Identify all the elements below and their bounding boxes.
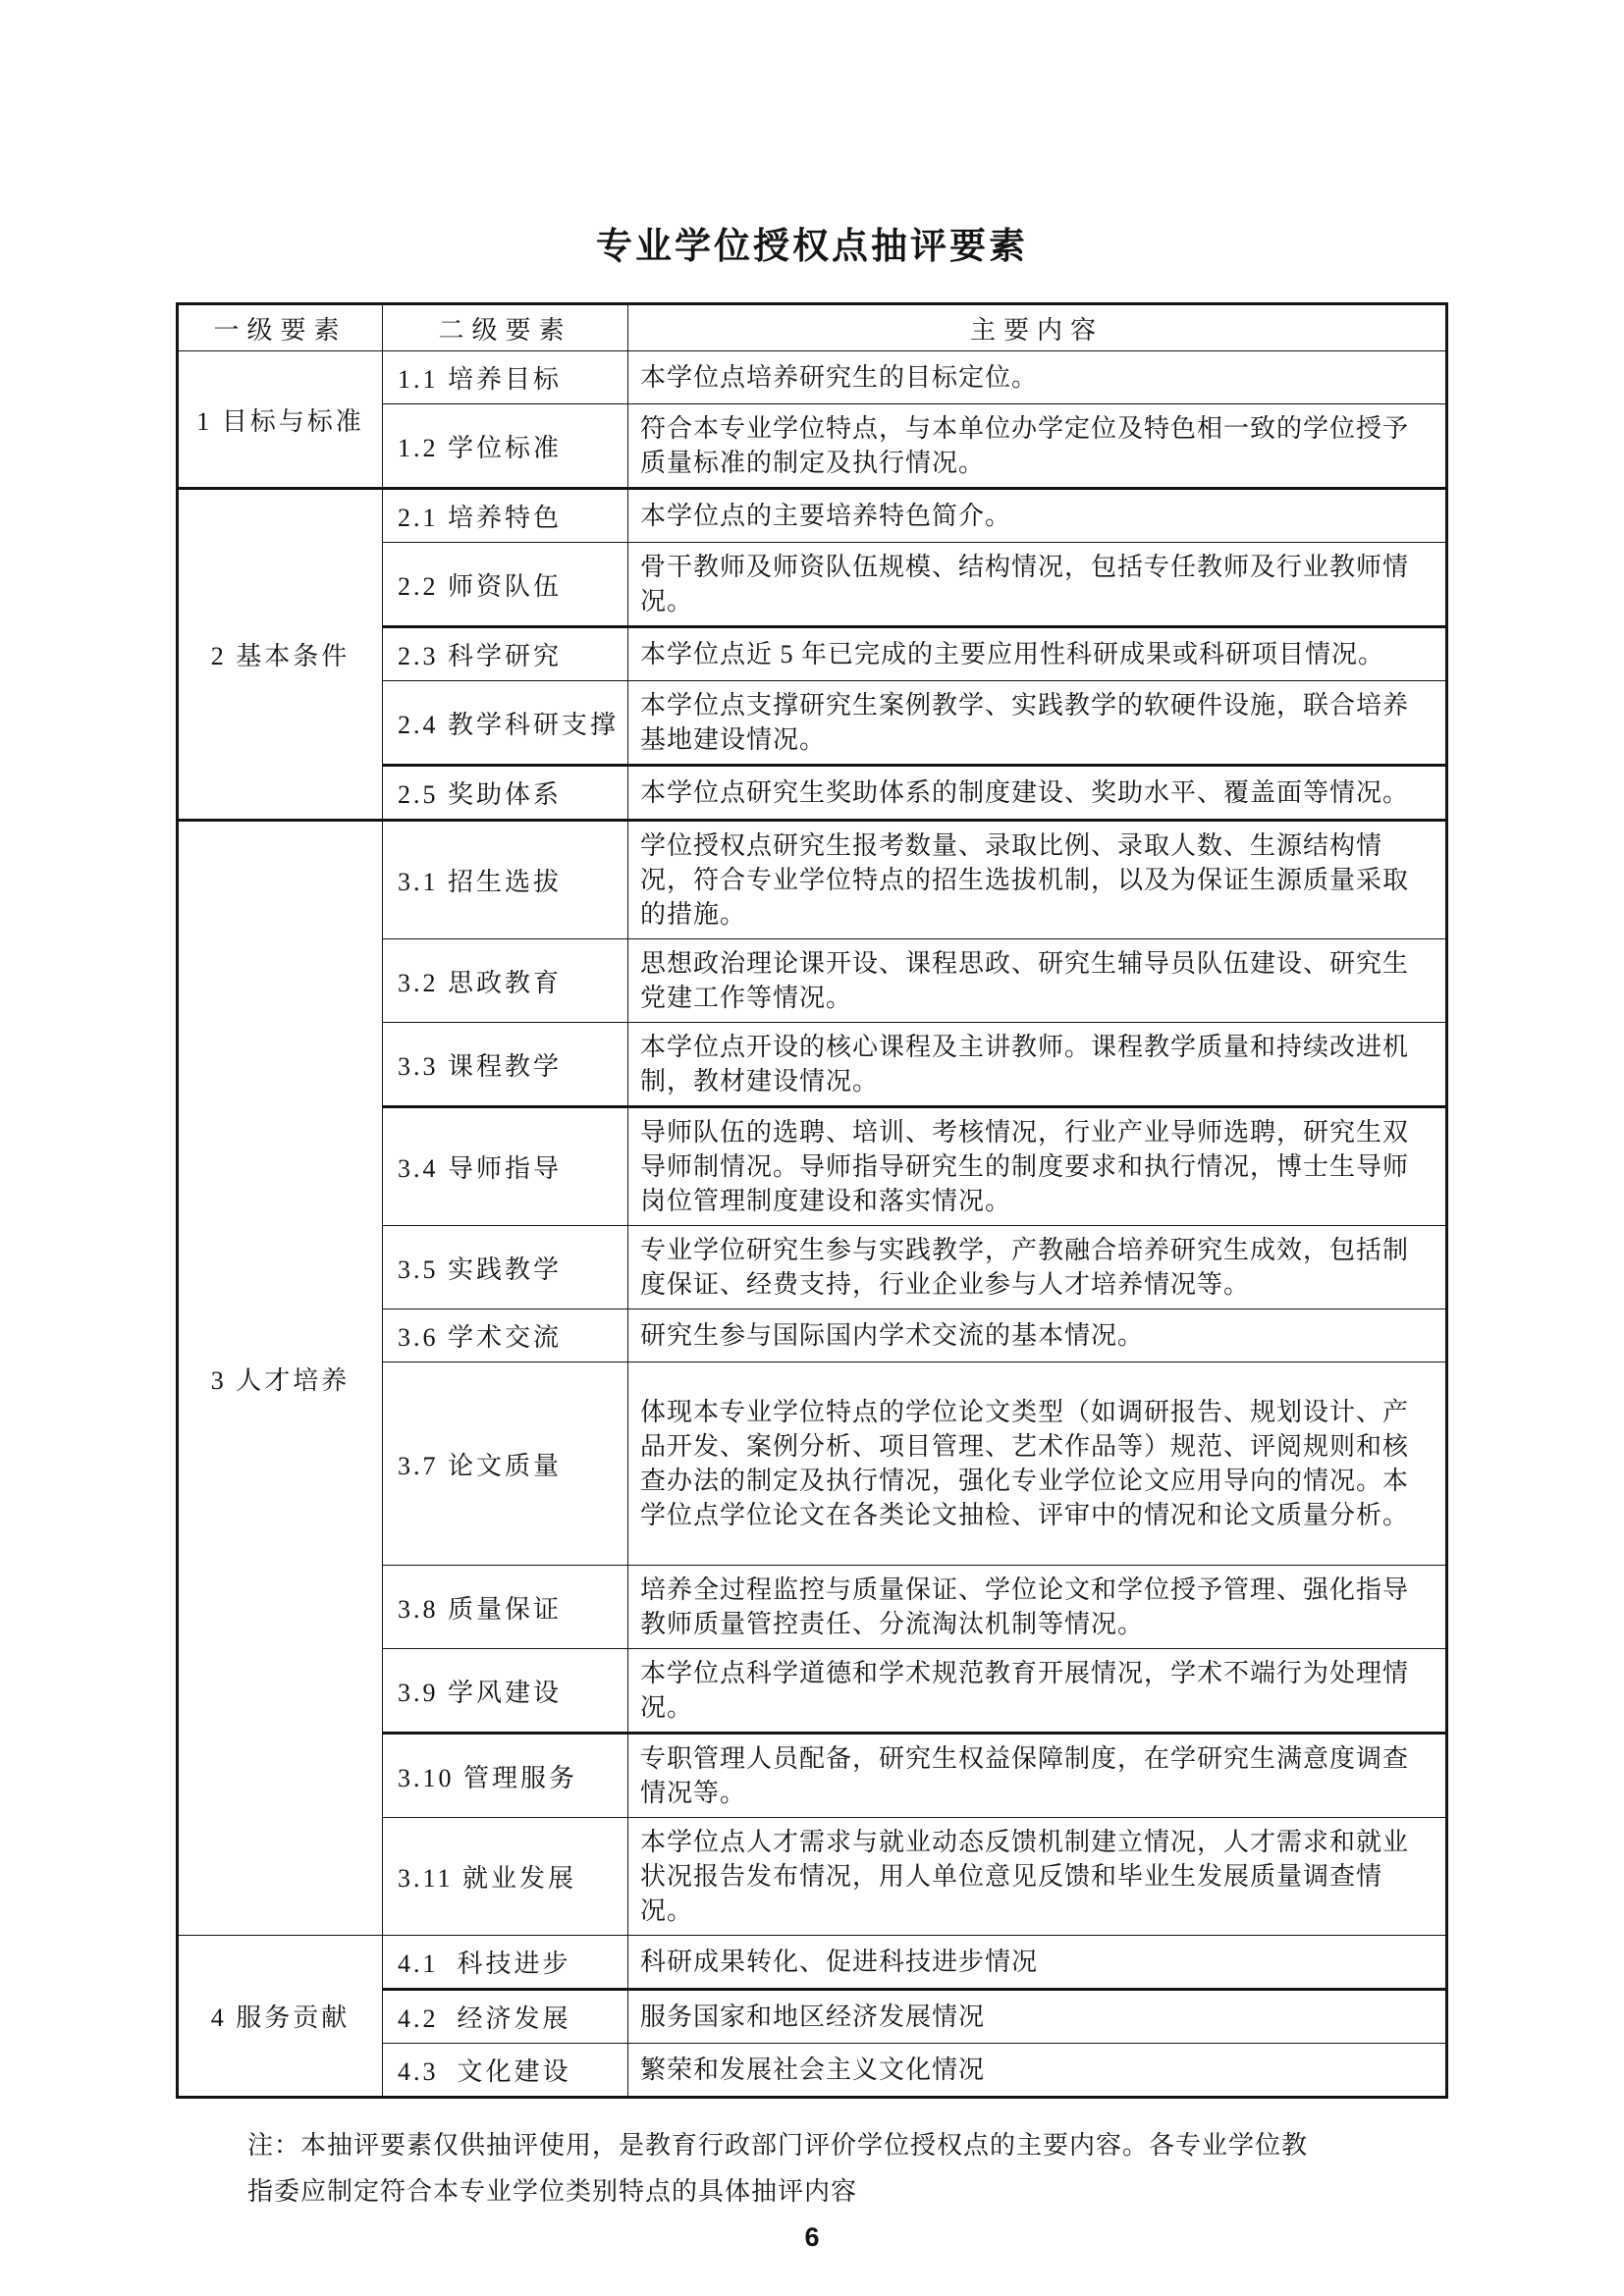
row-3-1-label: 3.1 招生选拔 xyxy=(383,821,628,939)
row-4-2-label: 4.2 经济发展 xyxy=(383,1990,628,2044)
header-main-content: 主要内容 xyxy=(628,304,1447,351)
page-title: 专业学位授权点抽评要素 xyxy=(0,0,1624,269)
row-3-9-label: 3.9 学风建设 xyxy=(383,1649,628,1734)
row-2-4-content: 本学位点支撑研究生案例教学、实践教学的软硬件设施，联合培养基地建设情况。 xyxy=(628,681,1447,766)
row-2-5-content: 本学位点研究生奖助体系的制度建设、奖助水平、覆盖面等情况。 xyxy=(628,766,1447,821)
row-3-10-content: 专职管理人员配备，研究生权益保障制度，在学研究生满意度调查情况等。 xyxy=(628,1734,1447,1818)
row-3-2-content: 思想政治理论课开设、课程思政、研究生辅导员队伍建设、研究生党建工作等情况。 xyxy=(628,939,1447,1023)
row-2-1-label: 2.1 培养特色 xyxy=(383,489,628,543)
row-3-9-content: 本学位点科学道德和学术规范教育开展情况，学术不端行为处理情况。 xyxy=(628,1649,1447,1734)
row-3-4-content: 导师队伍的选聘、培训、考核情况，行业产业导师选聘，研究生双导师制情况。导师指导研… xyxy=(628,1107,1447,1226)
footnote-line-1: 注：本抽评要素仅供抽评使用，是教育行政部门评价学位授权点的主要内容。各专业学位教 xyxy=(247,2122,1624,2168)
row-1-2-label: 1.2 学位标准 xyxy=(383,404,628,489)
row-2-2-content: 骨干教师及师资队伍规模、结构情况，包括专任教师及行业教师情况。 xyxy=(628,543,1447,627)
row-3-5-content: 专业学位研究生参与实践教学，产教融合培养研究生成效，包括制度保证、经费支持，行业… xyxy=(628,1226,1447,1309)
header-level1: 一级要素 xyxy=(178,304,383,351)
row-2-5-label: 2.5 奖助体系 xyxy=(383,766,628,821)
row-3-7-content: 体现本专业学位特点的学位论文类型（如调研报告、规划设计、产品开发、案例分析、项目… xyxy=(628,1362,1447,1566)
row-4-3-content: 繁荣和发展社会主义文化情况 xyxy=(628,2044,1447,2098)
row-3-10-label: 3.10 管理服务 xyxy=(383,1734,628,1818)
row-3-11-content: 本学位点人才需求与就业动态反馈机制建立情况，人才需求和就业状况报告发布情况，用人… xyxy=(628,1818,1447,1936)
row-3-8-content: 培养全过程监控与质量保证、学位论文和学位授予管理、强化指导教师质量管控责任、分流… xyxy=(628,1566,1447,1649)
evaluation-table: 一级要素 二级要素 主要内容 1 目标与标准 1.1 培养目标 本学位点培养研究… xyxy=(176,302,1448,2099)
row-3-6-label: 3.6 学术交流 xyxy=(383,1309,628,1362)
footnote-line-2: 指委应制定符合本专业学位类别特点的具体抽评内容 xyxy=(247,2168,1624,2215)
footnote: 注：本抽评要素仅供抽评使用，是教育行政部门评价学位授权点的主要内容。各专业学位教… xyxy=(247,2122,1624,2215)
row-3-1-content: 学位授权点研究生报考数量、录取比例、录取人数、生源结构情况，符合专业学位特点的招… xyxy=(628,821,1447,939)
section-4-label: 4 服务贡献 xyxy=(178,1936,383,2098)
row-3-2-label: 3.2 思政教育 xyxy=(383,939,628,1023)
section-1-label: 1 目标与标准 xyxy=(178,351,383,489)
row-2-3-content: 本学位点近 5 年已完成的主要应用性科研成果或科研项目情况。 xyxy=(628,627,1447,681)
table-row: 1 目标与标准 1.1 培养目标 本学位点培养研究生的目标定位。 xyxy=(178,351,1447,404)
row-4-1-content: 科研成果转化、促进科技进步情况 xyxy=(628,1936,1447,1990)
row-3-5-label: 3.5 实践教学 xyxy=(383,1226,628,1309)
row-4-3-label: 4.3 文化建设 xyxy=(383,2044,628,2098)
section-2-label: 2 基本条件 xyxy=(178,489,383,821)
row-3-3-content: 本学位点开设的核心课程及主讲教师。课程教学质量和持续改进机制，教材建设情况。 xyxy=(628,1023,1447,1107)
row-3-3-label: 3.3 课程教学 xyxy=(383,1023,628,1107)
row-3-6-content: 研究生参与国际国内学术交流的基本情况。 xyxy=(628,1309,1447,1362)
row-1-2-content: 符合本专业学位特点，与本单位办学定位及特色相一致的学位授予质量标准的制定及执行情… xyxy=(628,404,1447,489)
section-3-label: 3 人才培养 xyxy=(178,821,383,1936)
header-level2: 二级要素 xyxy=(383,304,628,351)
row-2-1-content: 本学位点的主要培养特色简介。 xyxy=(628,489,1447,543)
page-number: 6 xyxy=(0,2222,1624,2253)
table-header-row: 一级要素 二级要素 主要内容 xyxy=(178,304,1447,351)
table-row: 4 服务贡献 4.1 科技进步 科研成果转化、促进科技进步情况 xyxy=(178,1936,1447,1990)
row-1-1-label: 1.1 培养目标 xyxy=(383,351,628,404)
row-2-2-label: 2.2 师资队伍 xyxy=(383,543,628,627)
table-row: 3 人才培养 3.1 招生选拔 学位授权点研究生报考数量、录取比例、录取人数、生… xyxy=(178,821,1447,939)
document-page: 专业学位授权点抽评要素 一级要素 二级要素 主要内容 1 目标与标准 1.1 培… xyxy=(0,0,1624,2296)
row-1-1-content: 本学位点培养研究生的目标定位。 xyxy=(628,351,1447,404)
row-4-1-label: 4.1 科技进步 xyxy=(383,1936,628,1990)
row-2-3-label: 2.3 科学研究 xyxy=(383,627,628,681)
row-3-7-label: 3.7 论文质量 xyxy=(383,1362,628,1566)
row-3-4-label: 3.4 导师指导 xyxy=(383,1107,628,1226)
row-3-8-label: 3.8 质量保证 xyxy=(383,1566,628,1649)
table-row: 2 基本条件 2.1 培养特色 本学位点的主要培养特色简介。 xyxy=(178,489,1447,543)
row-2-4-label: 2.4 教学科研支撑 xyxy=(383,681,628,766)
row-4-2-content: 服务国家和地区经济发展情况 xyxy=(628,1990,1447,2044)
row-3-11-label: 3.11 就业发展 xyxy=(383,1818,628,1936)
